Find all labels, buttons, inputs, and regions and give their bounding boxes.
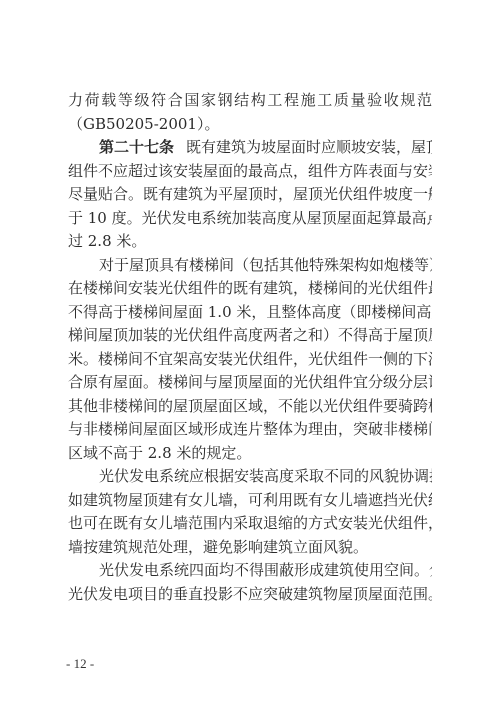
text-line: 力荷载等级符合国家钢结构工程施工质量验收规范 <box>68 89 432 113</box>
text-span: 既有建筑为坡屋面时应顺坡安装，屋顶光伏 <box>186 138 432 156</box>
article-label: 第二十七条 <box>99 138 174 156</box>
text-line: 尽量贴合。既有建筑为平屋顶时，屋顶光伏组件坡度一般不小 <box>68 183 432 207</box>
text-line: 光伏发电项目的垂直投影不应突破建筑物屋顶屋面范围。 <box>68 583 432 607</box>
text-line: 光伏发电系统四面均不得围蔽形成建筑使用空间。分布式 <box>68 559 432 583</box>
document-page: 力荷载等级符合国家钢结构工程施工质量验收规范 （GB50205-2001）。 第… <box>0 0 500 707</box>
text-line: 如建筑物屋顶建有女儿墙，可利用既有女儿墙遮挡光伏组件， <box>68 489 432 513</box>
text-line: 米。楼梯间不宜架高安装光伏组件，光伏组件一侧的下沿应贴 <box>68 348 432 372</box>
body-text: 力荷载等级符合国家钢结构工程施工质量验收规范 （GB50205-2001）。 第… <box>68 89 432 606</box>
text-line: 区域不高于 2.8 米的规定。 <box>68 442 432 466</box>
text-line: 墙按建筑规范处理，避免影响建筑立面风貌。 <box>68 536 432 560</box>
article-27-first-line: 第二十七条既有建筑为坡屋面时应顺坡安装，屋顶光伏 <box>68 136 432 160</box>
text-line: （GB50205-2001）。 <box>68 113 432 137</box>
text-line: 梯间屋顶加装的光伏组件高度两者之和）不得高于屋顶屋面 4 <box>68 324 432 348</box>
text-line: 在楼梯间安装光伏组件的既有建筑，楼梯间的光伏组件最高点 <box>68 277 432 301</box>
text-line: 于 10 度。光伏发电系统加装高度从屋顶屋面起算最高点不得超 <box>68 207 432 231</box>
text-line: 其他非楼梯间的屋顶屋面区域，不能以光伏组件要骑跨楼梯间 <box>68 395 432 419</box>
text-line: 组件不应超过该安装屋面的最高点，组件方阵表面与安装屋面 <box>68 160 432 184</box>
text-line: 合原有屋面。楼梯间与屋顶屋面的光伏组件宜分级分层设计， <box>68 371 432 395</box>
page-number: - 12 - <box>66 656 94 672</box>
text-line: 也可在既有女儿墙范围内采取退缩的方式安装光伏组件，女儿 <box>68 512 432 536</box>
text-line: 过 2.8 米。 <box>68 230 432 254</box>
text-line: 对于屋顶具有楼梯间（包括其他特殊架构如炮楼等）且需 <box>68 254 432 278</box>
text-line: 光伏发电系统应根据安装高度采取不同的风貌协调措施。 <box>68 465 432 489</box>
text-line: 与非楼梯间屋面区域形成连片整体为理由，突破非楼梯间屋面 <box>68 418 432 442</box>
text-line: 不得高于楼梯间屋面 1.0 米，且整体高度（即楼梯间高度及在楼 <box>68 301 432 325</box>
